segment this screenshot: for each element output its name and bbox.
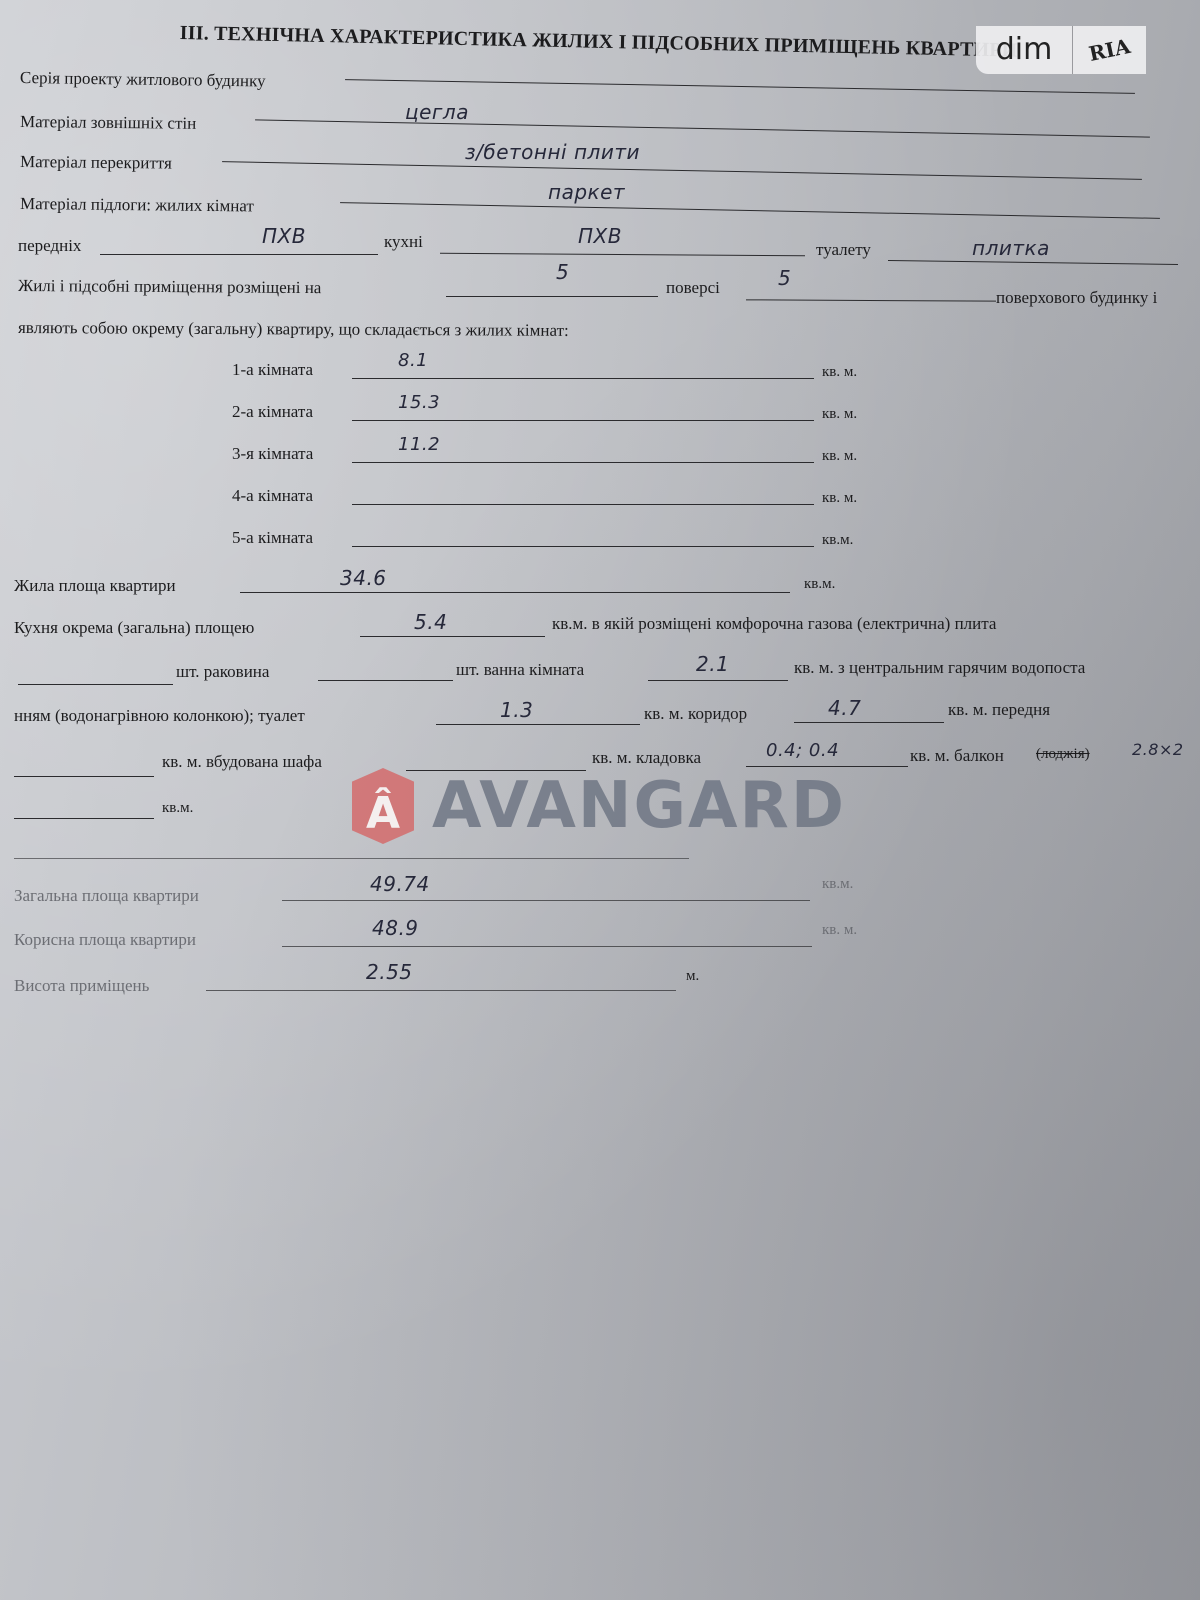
kitchen-area-value: 5.4 (414, 610, 447, 634)
bathroom-label: шт. ванна кімната (456, 660, 584, 680)
balcony-label: кв. м. балкон (910, 746, 1004, 766)
extra-unit: кв.м. (162, 800, 193, 817)
room-unit: кв. м. (822, 448, 857, 465)
total-area-line (282, 900, 810, 901)
room-line (352, 504, 814, 505)
ceiling-height-label: Висота приміщень (14, 976, 149, 996)
dim-logo: dim (976, 26, 1073, 74)
storage-line (746, 766, 908, 767)
storage-label: кв. м. кладовка (592, 748, 701, 768)
sink-count-line (318, 680, 453, 681)
kitchen-floor-label: кухні (384, 232, 423, 252)
hallway-value: ПХВ (262, 224, 306, 248)
building-suffix-label: поверхового будинку і (996, 288, 1157, 308)
room-unit: кв. м. (822, 364, 857, 381)
useful-area-unit: кв. м. (822, 922, 857, 939)
total-area-value: 49.74 (370, 872, 430, 896)
living-area-unit: кв.м. (804, 576, 835, 593)
exterior-walls-value: цегла (405, 100, 469, 124)
useful-area-label: Корисна площа квартири (14, 930, 196, 950)
total-floors-value: 5 (778, 266, 791, 290)
floor-material-label: Матеріал підлоги: жилих кімнат (20, 194, 254, 216)
living-area-value: 34.6 (340, 566, 387, 590)
balcony-value: 2.8×2 (1132, 740, 1184, 759)
useful-area-line (282, 946, 812, 947)
room-line (352, 462, 814, 463)
kitchen-floor-value: ПХВ (578, 224, 622, 248)
floor-word-label: поверсі (666, 278, 720, 298)
toilet-floor-label: туалету (816, 240, 871, 260)
location-label: Жилі і підсобні приміщення розміщені на (18, 276, 322, 298)
living-area-line (240, 592, 790, 593)
separator-line (14, 858, 689, 859)
toilet-area-prefix: нням (водонагрівною колонкою); туалет (14, 706, 305, 726)
ceiling-height-value: 2.55 (366, 960, 413, 984)
total-area-label: Загальна площа квартири (14, 886, 199, 906)
total-area-unit: кв.м. (822, 876, 853, 893)
sink-label: шт. раковина (176, 662, 269, 682)
corridor-line (794, 722, 944, 723)
apartment-intro: являють собою окрему (загальну) квартиру… (18, 318, 569, 341)
ceiling-material-value: з/бетонні плити (465, 140, 640, 164)
wardrobe-label: кв. м. вбудована шафа (162, 752, 322, 772)
living-area-label: Жила площа квартири (14, 576, 176, 596)
room-unit: кв.м. (822, 532, 853, 549)
hallway-label: передніх (18, 236, 81, 256)
avangard-watermark: Â AVANGARD (352, 768, 846, 844)
ceiling-height-unit: м. (686, 968, 699, 985)
bathroom-value: 2.1 (696, 652, 729, 676)
exterior-walls-label: Матеріал зовнішніх стін (20, 112, 196, 134)
kitchen-area-suffix: кв.м. в якій розміщені комфорочна газова… (552, 614, 996, 634)
ceiling-height-line (206, 990, 676, 991)
room-line (352, 420, 814, 421)
room-line (352, 546, 814, 547)
front-room-line (14, 776, 154, 777)
room-label: 2-а кімната (232, 402, 313, 422)
room-label: 4-а кімната (232, 486, 313, 506)
extra-line (14, 818, 154, 819)
avangard-logo-icon: Â (352, 768, 414, 844)
toilet-floor-value: плитка (972, 236, 1050, 260)
hallway-line (100, 254, 378, 255)
stove-count-line (18, 684, 173, 685)
room-unit: кв. м. (822, 406, 857, 423)
toilet-area-line (436, 724, 640, 725)
floor-number-line (446, 296, 658, 297)
toilet-area-value: 1.3 (500, 698, 533, 722)
hot-water-label: кв. м. з центральним гарячим водопоста (794, 658, 1085, 678)
room-label: 3-я кімната (232, 444, 313, 464)
kitchen-area-label: Кухня окрема (загальна) площею (14, 618, 254, 638)
kitchen-area-line (360, 636, 545, 637)
loggia-struck-text: (лоджія) (1036, 746, 1090, 763)
room-area-value: 11.2 (398, 434, 440, 455)
room-area-value: 15.3 (398, 392, 440, 413)
ceiling-material-label: Матеріал перекриття (20, 152, 172, 174)
room-label: 5-а кімната (232, 528, 313, 548)
bathroom-line (648, 680, 788, 681)
room-label: 1-а кімната (232, 360, 313, 380)
floor-material-value: паркет (548, 180, 625, 204)
avangard-wordmark: AVANGARD (432, 769, 846, 843)
useful-area-value: 48.9 (372, 916, 419, 940)
corridor-value: 4.7 (828, 696, 861, 720)
dim-ria-badge: dim RIA (976, 26, 1146, 74)
front-room-label: кв. м. передня (948, 700, 1050, 720)
storage-value: 0.4; 0.4 (766, 740, 839, 761)
ria-logo: RIA (1071, 31, 1147, 70)
room-line (352, 378, 814, 379)
corridor-label: кв. м. коридор (644, 704, 747, 724)
project-series-label: Серія проекту житлового будинку (20, 68, 266, 91)
floor-number-value: 5 (556, 260, 569, 284)
room-unit: кв. м. (822, 490, 857, 507)
room-area-value: 8.1 (398, 350, 428, 371)
